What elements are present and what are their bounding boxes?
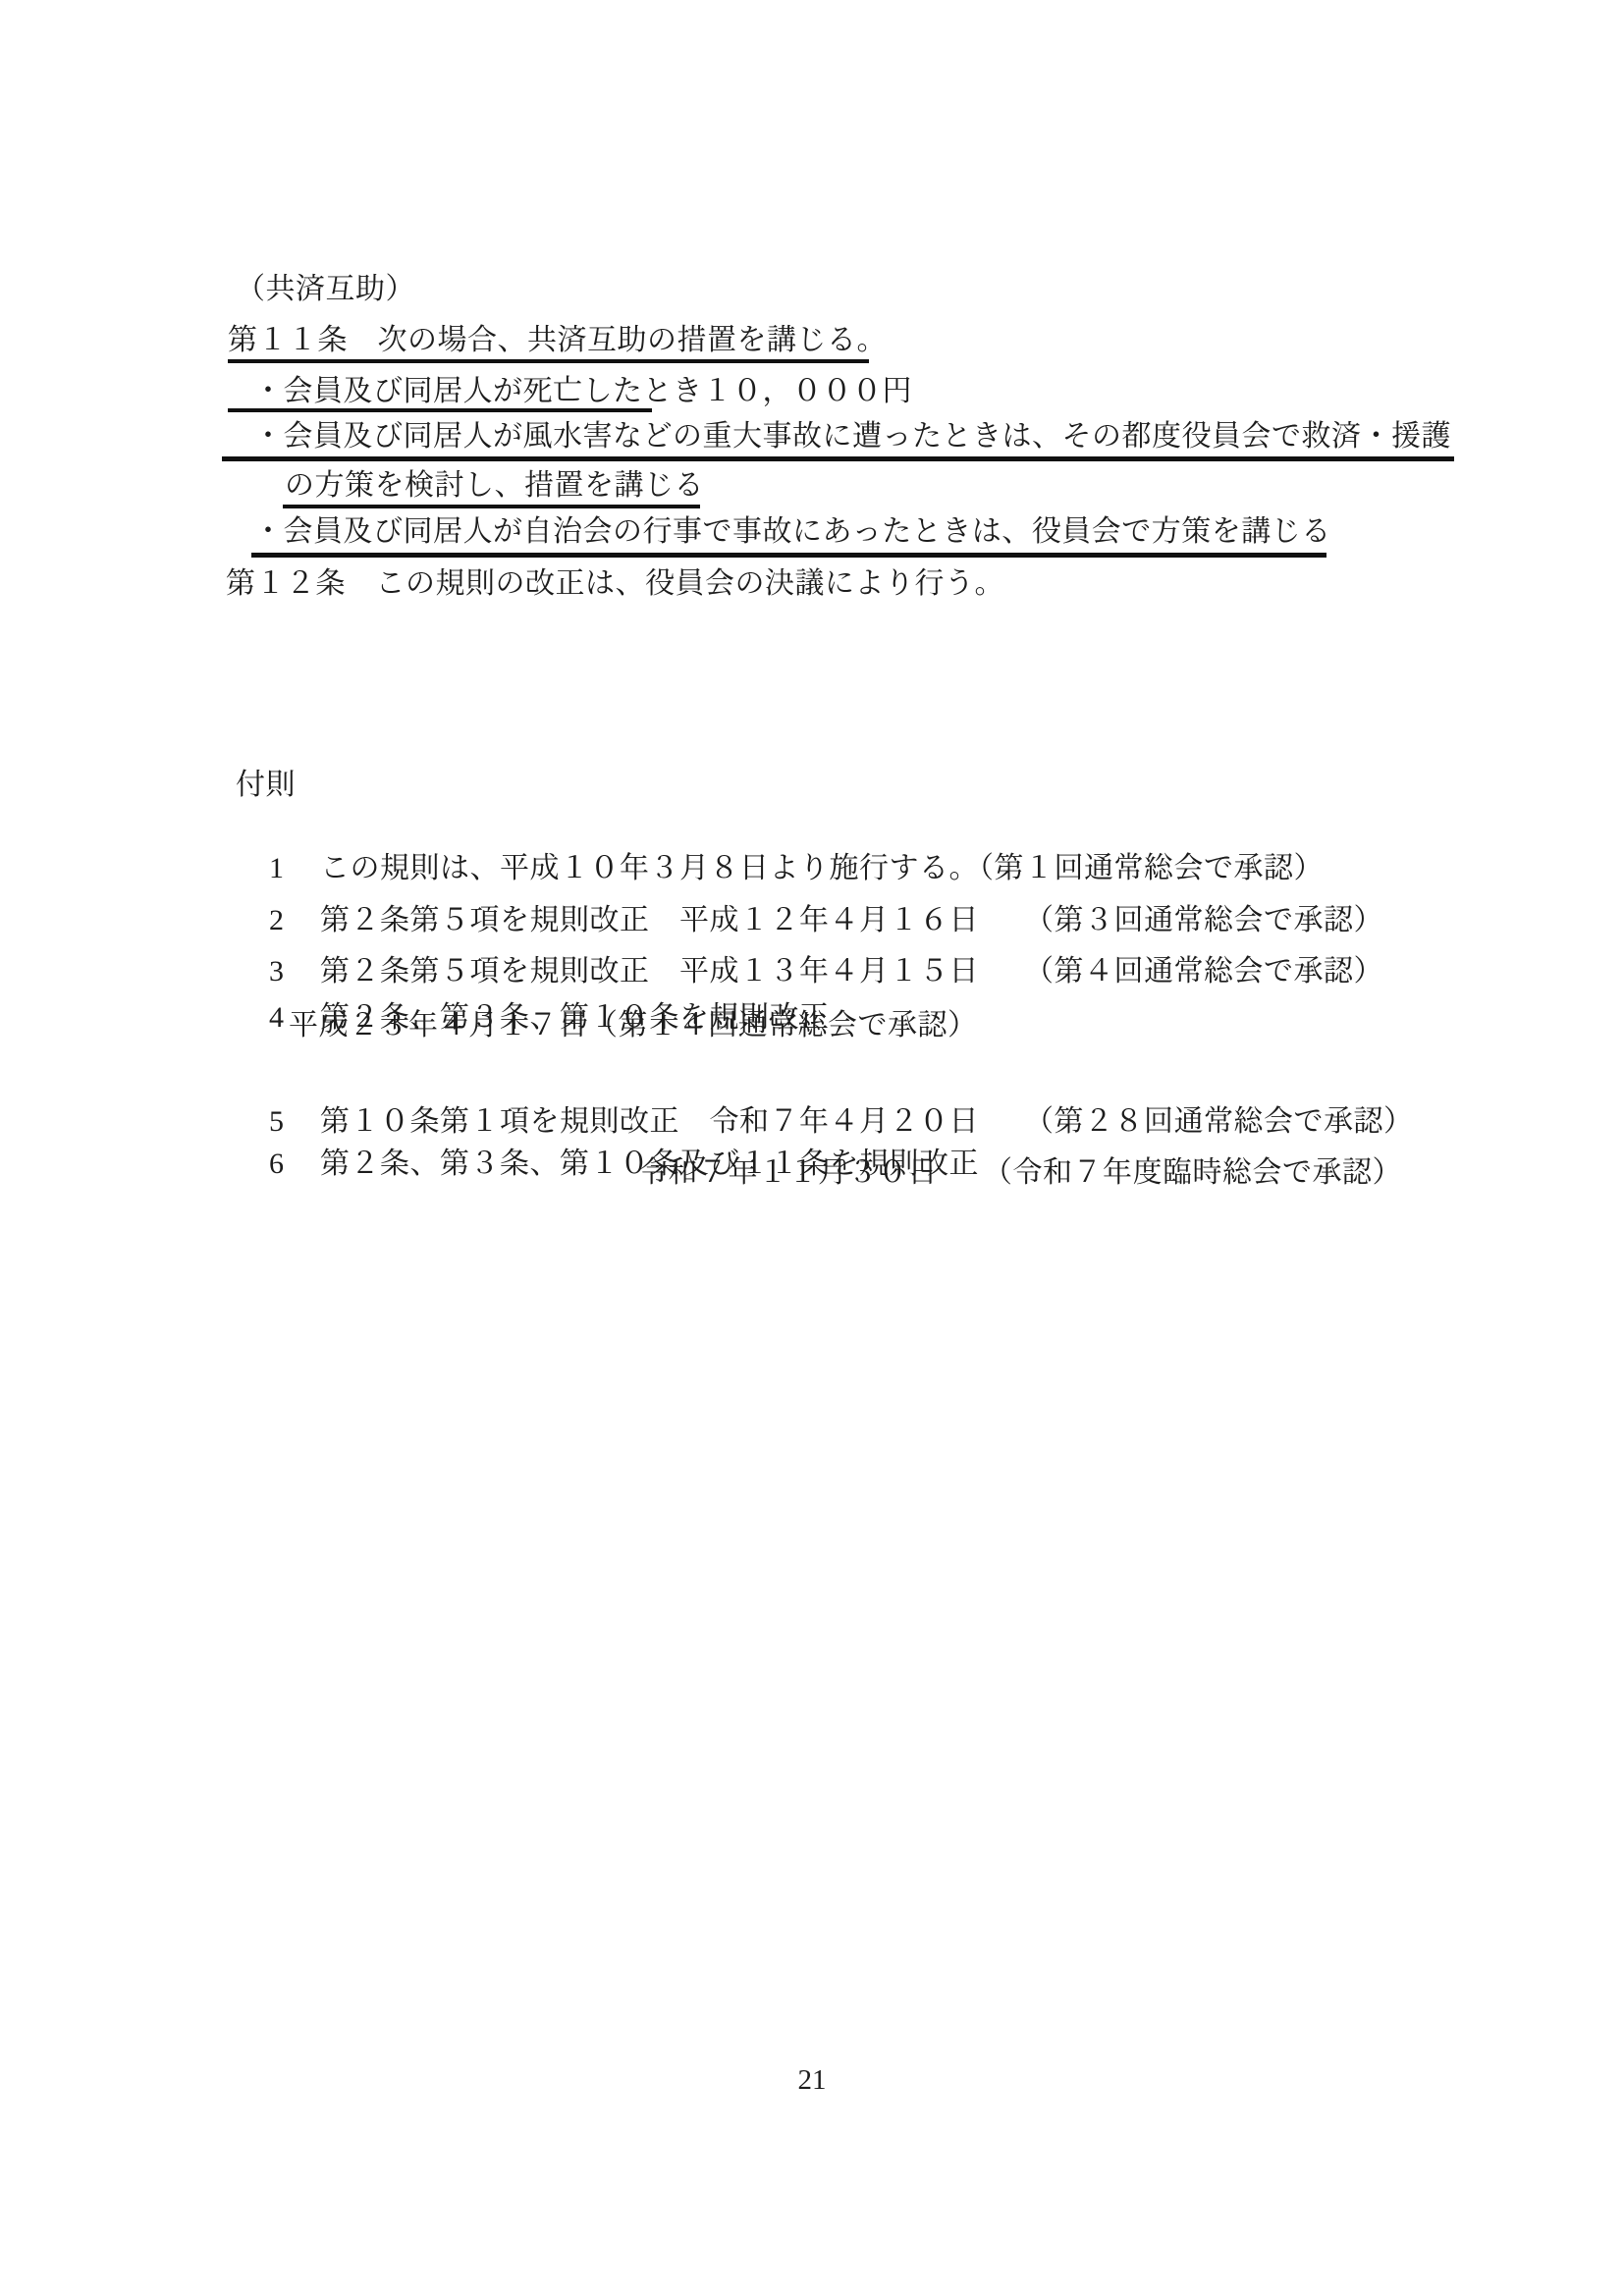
- supplement-heading: 付則: [236, 767, 296, 804]
- article-11-bullet-death-benefit: ・会員及び同居人が死亡したとき１０，０００円: [253, 373, 912, 410]
- underline: [251, 553, 1326, 558]
- underline: [228, 408, 652, 412]
- article-11-text: 第１１条 次の場合、共済互助の措置を講じる。: [228, 322, 887, 359]
- article-11-bullet-disaster-line2: の方策を検討し、措置を講じる: [285, 467, 704, 505]
- supplement-item-6-number: 6: [269, 1146, 320, 1183]
- underline: [222, 456, 1454, 461]
- article-11-bullet-disaster-line1: ・会員及び同居人が風水害などの重大事故に遭ったときは、その都度役員会で救済・援護: [253, 418, 1451, 455]
- underline: [283, 505, 700, 508]
- document-page: （共済互助） 第１１条 次の場合、共済互助の措置を講じる。 ・会員及び同居人が死…: [0, 0, 1624, 2296]
- page-number: 21: [0, 2064, 1624, 2097]
- article-11-bullet-event: ・会員及び同居人が自治会の行事で事故にあったときは、役員会で方策を講じる: [253, 513, 1331, 551]
- underline: [228, 359, 869, 363]
- section-label-kyosai: （共済互助）: [236, 271, 415, 308]
- supplement-item-4-continuation: 平成２３年４月１７日（第１４回通常総会で承認）: [289, 1007, 978, 1044]
- article-12-text: 第１２条 この規則の改正は、役員会の決議により行う。: [226, 565, 1004, 603]
- supplement-item-6-continuation: 令和７年１１月３０日 （令和７年度臨時総会で承認）: [638, 1154, 1402, 1192]
